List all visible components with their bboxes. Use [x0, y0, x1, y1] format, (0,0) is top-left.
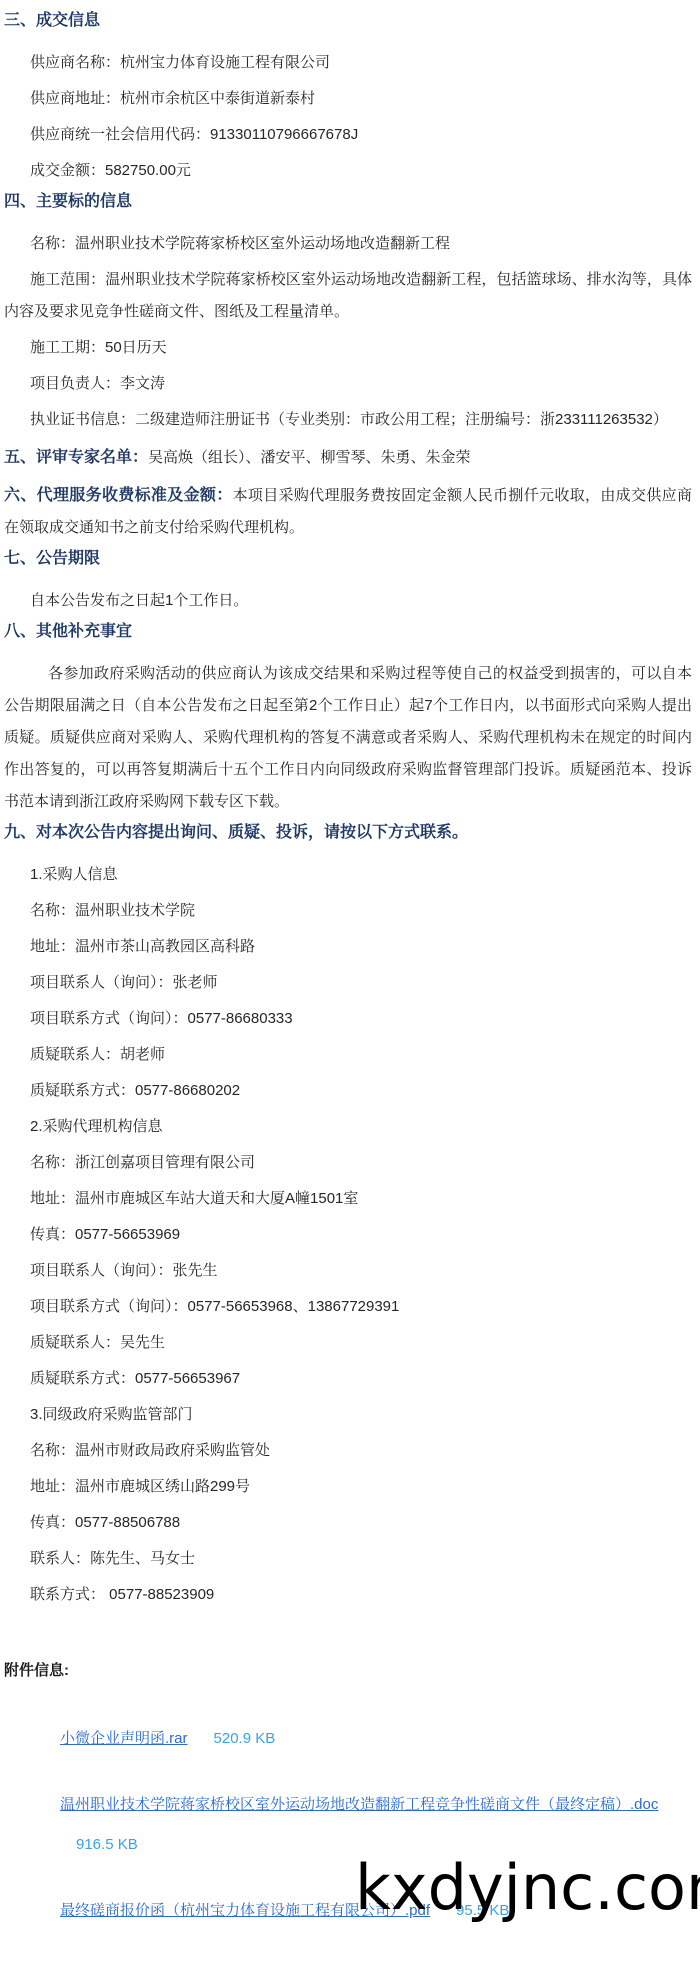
attachments-section: 附件信息: 小微企业声明函.rar520.9 KB 温州职业技术学院蒋家桥校区室… [4, 1655, 692, 1927]
attachment-link-consultation-doc[interactable]: 温州职业技术学院蒋家桥校区室外运动场地改造翻新工程竞争性磋商文件（最终定稿）.d… [60, 1796, 658, 1813]
attachments-label: 附件信息: [4, 1655, 692, 1687]
attachment-link-quotation-pdf[interactable]: 最终磋商报价函（杭州宝力体育设施工程有限公司）.pdf [60, 1902, 430, 1919]
section-heading-other-matters: 八、其他补充事宜 [4, 623, 692, 640]
supplier-address-line: 供应商地址：杭州市余杭区中泰街道新泰村 [4, 83, 692, 115]
section-heading-agency-fee: 六、代理服务收费标准及金额： [4, 487, 233, 504]
deal-amount-line: 成交金额：582750.00元 [4, 155, 692, 187]
attachment-size-quotation-pdf: 95.5 KB [456, 1902, 509, 1919]
regulator-address-line: 地址：温州市鹿城区绣山路299号 [4, 1471, 692, 1503]
expert-list-names: 吴高焕（组长）、潘安平、柳雪琴、朱勇、朱金荣 [148, 449, 471, 466]
section-other-matters: 八、其他补充事宜 各参加政府采购活动的供应商认为该成交结果和采购过程等使自己的权… [4, 623, 692, 818]
section-heading-announcement-period: 七、公告期限 [4, 550, 692, 567]
attachment-size-declaration-rar: 520.9 KB [214, 1730, 276, 1747]
section-contact-info: 九、对本次公告内容提出询问、质疑、投诉，请按以下方式联系。 1.采购人信息 名称… [4, 824, 692, 1611]
section-heading-contact-info: 九、对本次公告内容提出询问、质疑、投诉，请按以下方式联系。 [4, 824, 692, 841]
purchaser-query-contact-line: 质疑联系人：胡老师 [4, 1039, 692, 1071]
agency-query-phone-line: 质疑联系方式：0577-56653967 [4, 1363, 692, 1395]
attachment-link-declaration-rar[interactable]: 小微企业声明函.rar [60, 1730, 188, 1747]
purchaser-project-contact-line: 项目联系人（询问）：张老师 [4, 967, 692, 999]
section-subject-info: 四、主要标的信息 名称：温州职业技术学院蒋家桥校区室外运动场地改造翻新工程 施工… [4, 193, 692, 436]
section-deal-info: 三、成交信息 供应商名称：杭州宝力体育设施工程有限公司 供应商地址：杭州市余杭区… [4, 12, 692, 187]
announcement-document: 三、成交信息 供应商名称：杭州宝力体育设施工程有限公司 供应商地址：杭州市余杭区… [0, 0, 700, 1962]
attachment-row-1: 小微企业声明函.rar520.9 KB [60, 1723, 692, 1755]
section-agency-fee: 六、代理服务收费标准及金额：本项目采购代理服务费按固定金额人民币捌仟元收取，由成… [4, 480, 692, 544]
section-expert-list: 五、评审专家名单：吴高焕（组长）、潘安平、柳雪琴、朱勇、朱金荣 [4, 442, 692, 474]
purchaser-address-line: 地址：温州市茶山高教园区高科路 [4, 931, 692, 963]
regulator-name-line: 名称：温州市财政局政府采购监管处 [4, 1435, 692, 1467]
supplier-name-line: 供应商名称：杭州宝力体育设施工程有限公司 [4, 47, 692, 79]
project-manager-line: 项目负责人：李文涛 [4, 368, 692, 400]
agency-query-contact-line: 质疑联系人：吴先生 [4, 1327, 692, 1359]
purchaser-name-line: 名称：温州职业技术学院 [4, 895, 692, 927]
agency-fee-line: 六、代理服务收费标准及金额：本项目采购代理服务费按固定金额人民币捌仟元收取，由成… [4, 480, 692, 544]
license-info-line: 执业证书信息：二级建造师注册证书（专业类别：市政公用工程；注册编号：浙23311… [4, 404, 692, 436]
attachment-row-2: 温州职业技术学院蒋家桥校区室外运动场地改造翻新工程竞争性磋商文件（最终定稿）.d… [60, 1789, 660, 1821]
supplier-credit-code-line: 供应商统一社会信用代码：91330110796667678J [4, 119, 692, 151]
attachment-size-consultation-doc: 916.5 KB [76, 1829, 692, 1861]
agency-fax-line: 传真：0577-56653969 [4, 1219, 692, 1251]
section-heading-expert-list: 五、评审专家名单： [4, 449, 148, 466]
agency-address-line: 地址：温州市鹿城区车站大道天和大厦A幢1501室 [4, 1183, 692, 1215]
regulator-group-label: 3.同级政府采购监管部门 [4, 1399, 692, 1431]
section-heading-subject-info: 四、主要标的信息 [4, 193, 692, 210]
other-matters-paragraph: 各参加政府采购活动的供应商认为该成交结果和采购过程等使自己的权益受到损害的，可以… [4, 658, 692, 818]
regulator-phone-line: 联系方式： 0577-88523909 [4, 1579, 692, 1611]
section-heading-deal-info: 三、成交信息 [4, 12, 692, 29]
regulator-contact-line: 联系人：陈先生、马女士 [4, 1543, 692, 1575]
construction-scope-paragraph: 施工范围：温州职业技术学院蒋家桥校区室外运动场地改造翻新工程，包括篮球场、排水沟… [4, 264, 692, 328]
agency-name-line: 名称：浙江创嘉项目管理有限公司 [4, 1147, 692, 1179]
regulator-fax-line: 传真：0577-88506788 [4, 1507, 692, 1539]
announcement-period-line: 自本公告发布之日起1个工作日。 [4, 585, 692, 617]
project-name-line: 名称：温州职业技术学院蒋家桥校区室外运动场地改造翻新工程 [4, 228, 692, 260]
purchaser-group-label: 1.采购人信息 [4, 859, 692, 891]
agency-group-label: 2.采购代理机构信息 [4, 1111, 692, 1143]
section-announcement-period: 七、公告期限 自本公告发布之日起1个工作日。 [4, 550, 692, 617]
agency-project-phone-line: 项目联系方式（询问）：0577-56653968、13867729391 [4, 1291, 692, 1323]
purchaser-query-phone-line: 质疑联系方式：0577-86680202 [4, 1075, 692, 1107]
expert-list-line: 五、评审专家名单：吴高焕（组长）、潘安平、柳雪琴、朱勇、朱金荣 [4, 442, 692, 474]
construction-period-line: 施工工期：50日历天 [4, 332, 692, 364]
purchaser-project-phone-line: 项目联系方式（询问）：0577-86680333 [4, 1003, 692, 1035]
agency-project-contact-line: 项目联系人（询问）：张先生 [4, 1255, 692, 1287]
attachment-row-3: 最终磋商报价函（杭州宝力体育设施工程有限公司）.pdf95.5 KB kxdyj… [60, 1895, 692, 1927]
